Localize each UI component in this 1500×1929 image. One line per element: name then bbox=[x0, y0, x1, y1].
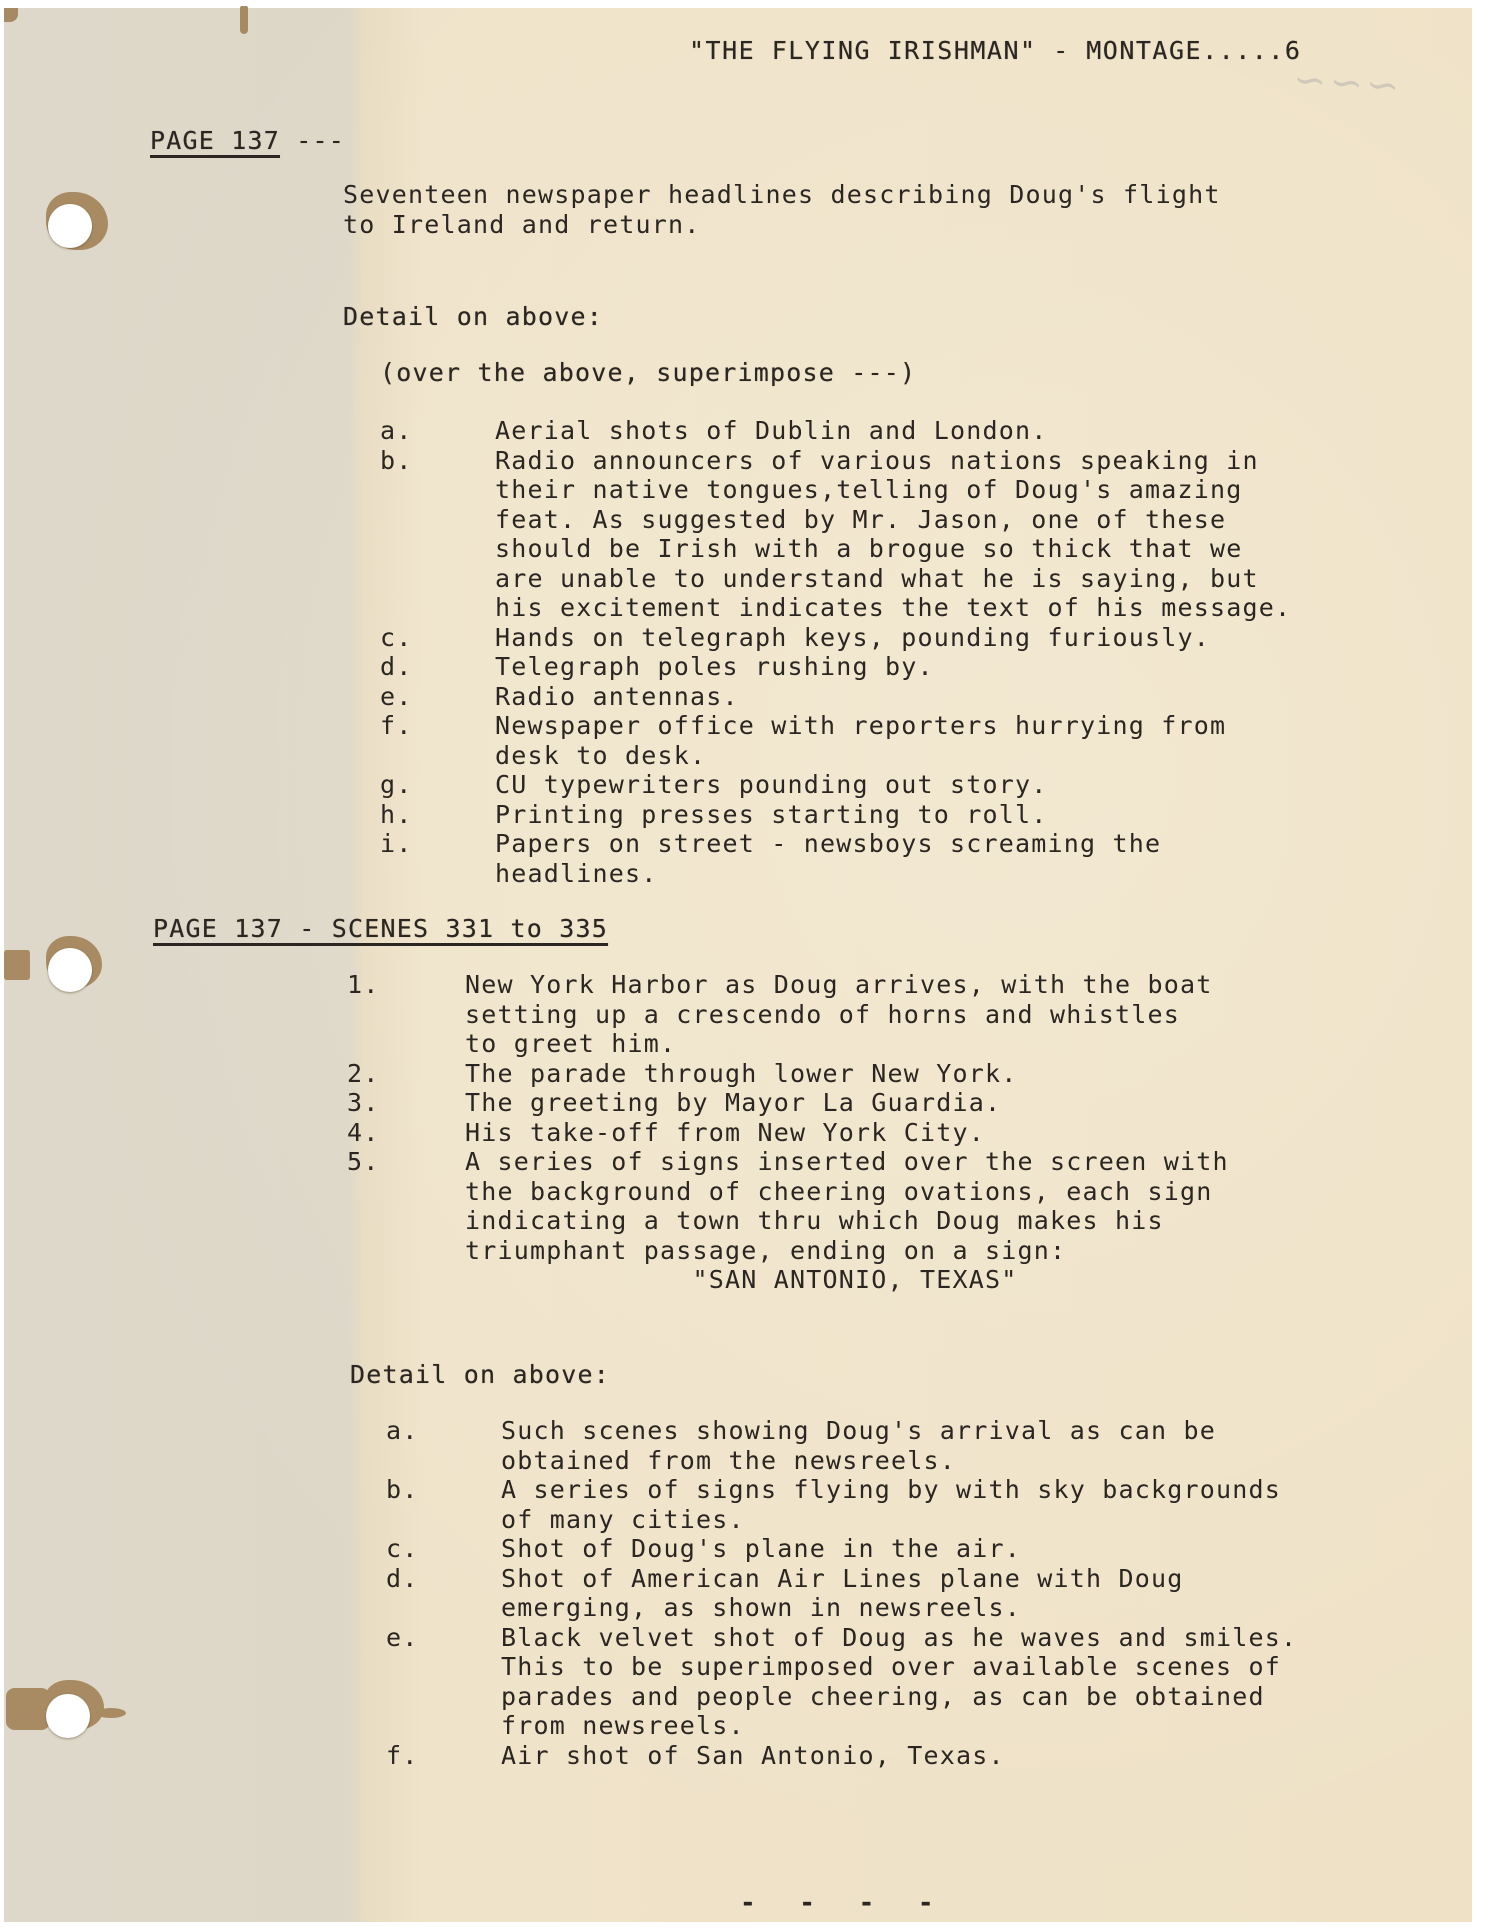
shot-list-item: a.Aerial shots of Dublin and London. bbox=[380, 416, 1380, 446]
item-text: Hands on telegraph keys, pounding furiou… bbox=[380, 623, 1380, 653]
item-marker: e. bbox=[386, 1623, 419, 1653]
item-text: Shot of Doug's plane in the air. bbox=[386, 1534, 1386, 1564]
item-text: Black velvet shot of Doug as he waves an… bbox=[386, 1623, 1386, 1741]
shot-list-item: f.Newspaper office with reporters hurryi… bbox=[380, 711, 1380, 770]
item-text: CU typewriters pounding out story. bbox=[380, 770, 1380, 800]
item-marker: d. bbox=[380, 652, 413, 682]
item-marker: d. bbox=[386, 1564, 419, 1594]
pencil-annotation: ~~~ bbox=[1289, 56, 1401, 110]
section-1-intro: Seventeen newspaper headlines describing… bbox=[343, 180, 1221, 239]
detail-list-item: a.Such scenes showing Doug's arrival as … bbox=[386, 1416, 1386, 1475]
shot-list-item: d.Telegraph poles rushing by. bbox=[380, 652, 1380, 682]
item-marker: a. bbox=[386, 1416, 419, 1446]
item-marker: 5. bbox=[347, 1147, 380, 1177]
section-2-items: 1.New York Harbor as Doug arrives, with … bbox=[347, 970, 1397, 1295]
punch-hole-middle bbox=[36, 930, 106, 1000]
section-1-heading: PAGE 137 --- bbox=[150, 126, 345, 155]
item-marker: b. bbox=[386, 1475, 419, 1505]
detail-list-item: d.Shot of American Air Lines plane with … bbox=[386, 1564, 1386, 1623]
item-text: A series of signs inserted over the scre… bbox=[347, 1147, 1397, 1295]
item-marker: 3. bbox=[347, 1088, 380, 1118]
detail-list-item: f.Air shot of San Antonio, Texas. bbox=[386, 1741, 1386, 1771]
section-2-heading-text: PAGE 137 - SCENES 331 to 335 bbox=[153, 914, 608, 943]
end-of-page-mark: - - - - bbox=[740, 1888, 948, 1918]
item-text: The parade through lower New York. bbox=[347, 1059, 1397, 1089]
section-2-heading: PAGE 137 - SCENES 331 to 335 bbox=[153, 914, 608, 943]
item-marker: a. bbox=[380, 416, 413, 446]
item-text: Radio antennas. bbox=[380, 682, 1380, 712]
item-text: Newspaper office with reporters hurrying… bbox=[380, 711, 1380, 770]
item-text: Printing presses starting to roll. bbox=[380, 800, 1380, 830]
item-marker: e. bbox=[380, 682, 413, 712]
item-marker: 4. bbox=[347, 1118, 380, 1148]
item-text: Aerial shots of Dublin and London. bbox=[380, 416, 1380, 446]
punch-hole-top bbox=[36, 190, 106, 260]
item-text: A series of signs flying by with sky bac… bbox=[386, 1475, 1386, 1534]
shot-list-item: g.CU typewriters pounding out story. bbox=[380, 770, 1380, 800]
item-marker: i. bbox=[380, 829, 413, 859]
section-1-items: a.Aerial shots of Dublin and London.b.Ra… bbox=[380, 416, 1380, 888]
punch-hole-bottom bbox=[36, 1676, 106, 1746]
item-text: Shot of American Air Lines plane with Do… bbox=[386, 1564, 1386, 1623]
item-text: The greeting by Mayor La Guardia. bbox=[347, 1088, 1397, 1118]
shot-list-item: i.Papers on street - newsboys screaming … bbox=[380, 829, 1380, 888]
item-text: Such scenes showing Doug's arrival as ca… bbox=[386, 1416, 1386, 1475]
page-header: "THE FLYING IRISHMAN" - MONTAGE.....6 bbox=[689, 36, 1301, 65]
item-text: Telegraph poles rushing by. bbox=[380, 652, 1380, 682]
scene-list-item: 3.The greeting by Mayor La Guardia. bbox=[347, 1088, 1397, 1118]
scene-list-item: 2.The parade through lower New York. bbox=[347, 1059, 1397, 1089]
section-2-detail-label: Detail on above: bbox=[350, 1360, 610, 1389]
detail-list-item: b.A series of signs flying by with sky b… bbox=[386, 1475, 1386, 1534]
intro-line: Seventeen newspaper headlines describing… bbox=[343, 180, 1221, 210]
corner-stain bbox=[4, 8, 18, 22]
shot-list-item: b.Radio announcers of various nations sp… bbox=[380, 446, 1380, 623]
item-text: His take-off from New York City. bbox=[347, 1118, 1397, 1148]
item-marker: c. bbox=[386, 1534, 419, 1564]
section-1-heading-suffix: --- bbox=[280, 126, 345, 155]
top-edge-tear bbox=[240, 6, 248, 34]
detail-list-item: e.Black velvet shot of Doug as he waves … bbox=[386, 1623, 1386, 1741]
item-marker: b. bbox=[380, 446, 413, 476]
item-text: Air shot of San Antonio, Texas. bbox=[386, 1741, 1386, 1771]
superimpose-note: (over the above, superimpose ---) bbox=[380, 358, 916, 387]
section-1-detail-label: Detail on above: bbox=[343, 302, 603, 331]
scene-list-item: 1.New York Harbor as Doug arrives, with … bbox=[347, 970, 1397, 1059]
item-text: New York Harbor as Doug arrives, with th… bbox=[347, 970, 1397, 1059]
section-1-heading-text: PAGE 137 bbox=[150, 126, 280, 155]
item-text: Papers on street - newsboys screaming th… bbox=[380, 829, 1380, 888]
shot-list-item: h.Printing presses starting to roll. bbox=[380, 800, 1380, 830]
item-marker: h. bbox=[380, 800, 413, 830]
item-marker: g. bbox=[380, 770, 413, 800]
scene-list-item: 4.His take-off from New York City. bbox=[347, 1118, 1397, 1148]
item-marker: c. bbox=[380, 623, 413, 653]
scene-list-item: 5.A series of signs inserted over the sc… bbox=[347, 1147, 1397, 1295]
item-marker: 2. bbox=[347, 1059, 380, 1089]
item-text: Radio announcers of various nations spea… bbox=[380, 446, 1380, 623]
shot-list-item: e.Radio antennas. bbox=[380, 682, 1380, 712]
item-marker: f. bbox=[386, 1741, 419, 1771]
section-2-details: a.Such scenes showing Doug's arrival as … bbox=[386, 1416, 1386, 1770]
shot-list-item: c.Hands on telegraph keys, pounding furi… bbox=[380, 623, 1380, 653]
item-marker: 1. bbox=[347, 970, 380, 1000]
item-marker: f. bbox=[380, 711, 413, 741]
detail-list-item: c.Shot of Doug's plane in the air. bbox=[386, 1534, 1386, 1564]
intro-line: to Ireland and return. bbox=[343, 210, 1221, 240]
